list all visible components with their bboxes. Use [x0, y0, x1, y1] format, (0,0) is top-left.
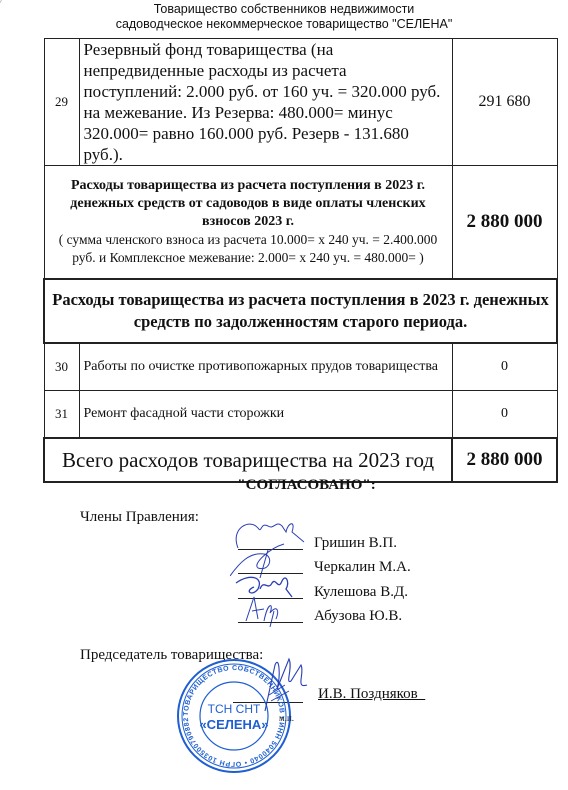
stamp-center-line2: «СЕЛЕНА» — [199, 717, 268, 732]
total-label: Всего расходов товарищества на 2023 год — [44, 438, 452, 482]
section-header: Расходы товарищества из расчета поступле… — [44, 279, 557, 343]
table-row: 30 Работы по очистке противопожарных пру… — [44, 343, 557, 391]
row-description: Работы по очистке противопожарных прудов… — [79, 343, 452, 391]
subtotal-title: Расходы товарищества из расчета поступле… — [49, 177, 448, 231]
row-number: 30 — [44, 343, 79, 391]
org-name-line1: Товарищество собственников недвижимости — [0, 2, 568, 17]
subtotal-description: Расходы товарищества из расчета поступле… — [44, 166, 452, 280]
table-row: 31 Ремонт фасадной части сторожки 0 — [44, 391, 557, 439]
row-value: 0 — [452, 391, 557, 439]
org-name-line2: садоводческое некоммерческое товариществ… — [0, 17, 568, 32]
budget-table: 29 Резервный фонд товарищества (на непре… — [43, 38, 558, 483]
signature-line — [238, 622, 303, 623]
board-members-label: Члены Правления: — [80, 509, 199, 526]
row-value: 291 680 — [452, 39, 557, 166]
chairman-name: И.В. Поздняков — [318, 686, 425, 703]
row-value: 0 — [452, 343, 557, 391]
table-row: 29 Резервный фонд товарищества (на непре… — [44, 39, 557, 166]
row-description: Ремонт фасадной части сторожки — [79, 391, 452, 439]
subtotal-note: ( сумма членского взноса из расчета 10.0… — [49, 231, 448, 267]
row-description: Резервный фонд товарищества (на непредви… — [79, 39, 452, 166]
member-name: Кулешова В.Д. — [314, 584, 408, 601]
member-name: Черкалин М.А. — [314, 559, 411, 576]
member-name: Абузова Ю.В. — [314, 608, 402, 625]
row-number: 31 — [44, 391, 79, 439]
subtotal-row: Расходы товарищества из расчета поступле… — [44, 166, 557, 280]
chairman-signature-icon — [245, 655, 310, 715]
total-value: 2 880 000 — [452, 438, 557, 482]
signature-row: Абузова Ю.В. — [238, 603, 558, 627]
approval-title: "СОГЛАСОВАНО": — [0, 477, 568, 494]
row-number: 29 — [44, 39, 79, 166]
document-header: Товарищество собственников недвижимости … — [0, 2, 568, 32]
subtotal-value: 2 880 000 — [452, 166, 557, 280]
member-name: Гришин В.П. — [314, 535, 397, 552]
section-header-row: Расходы товарищества из расчета поступле… — [44, 279, 557, 343]
seal-place-label: м.п. — [279, 713, 294, 723]
total-row: Всего расходов товарищества на 2023 год … — [44, 438, 557, 482]
